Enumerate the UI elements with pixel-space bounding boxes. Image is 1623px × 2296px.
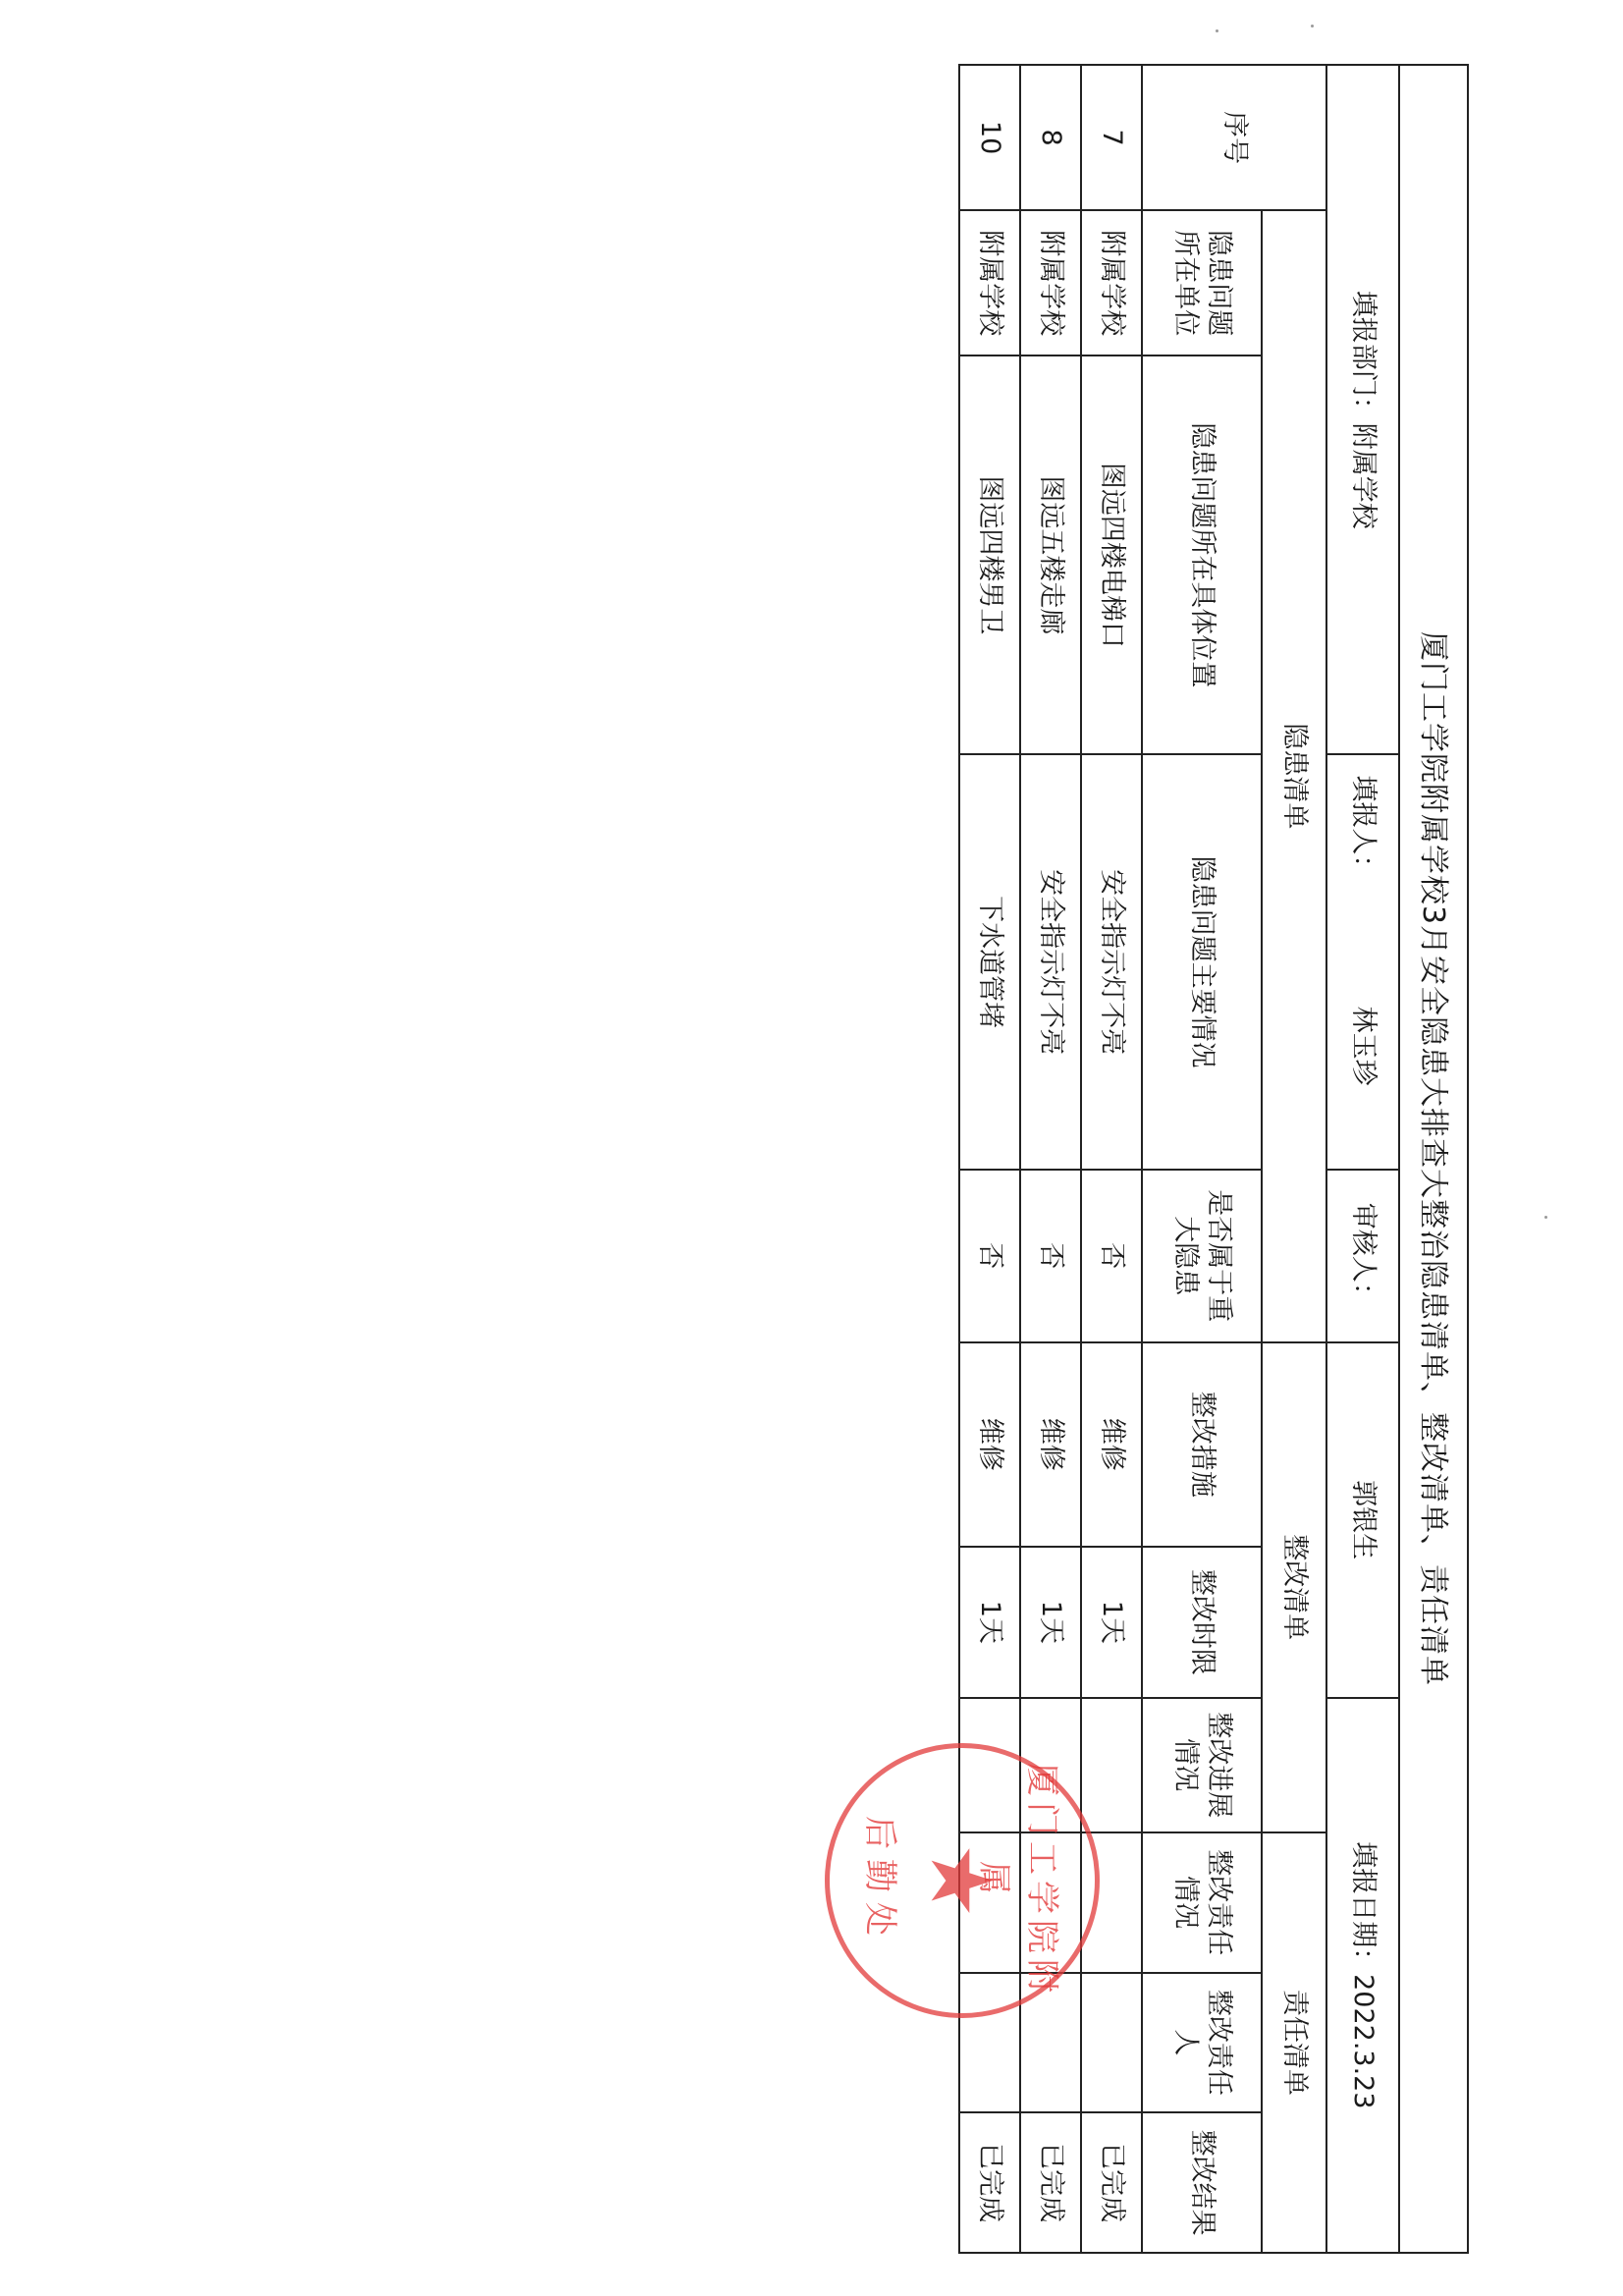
cell-result: 已完成 xyxy=(1020,2112,1081,2253)
cell-unit: 附属学校 xyxy=(1081,210,1142,355)
cell-result: 已完成 xyxy=(959,2112,1020,2253)
group-responsibility-list: 责任清单 xyxy=(1262,1832,1326,2253)
column-header-row: 隐患问题所在单位 隐患问题所在具体位置 隐患问题主要情况 是否属于重大隐患 整改… xyxy=(1142,65,1262,2253)
group-row: 序号 隐患清单 整改清单 责任清单 xyxy=(1262,65,1326,2253)
cell-major: 否 xyxy=(959,1170,1020,1342)
group-rectify-list: 整改清单 xyxy=(1262,1342,1326,1832)
cell-measure: 维修 xyxy=(1081,1342,1142,1548)
official-seal-stamp: 厦门工学院附属 ★ 后勤处 xyxy=(825,1743,1100,2018)
col-situation-header: 隐患问题主要情况 xyxy=(1142,754,1262,1170)
col-progress-header: 整改进展情况 xyxy=(1142,1698,1262,1832)
col-unit-header: 隐患问题所在单位 xyxy=(1142,210,1262,355)
cell-deadline: 1天 xyxy=(959,1547,1020,1698)
filler-name: 林玉珍 xyxy=(1348,1007,1379,1086)
col-seq-header: 序号 xyxy=(1142,65,1326,210)
col-deadline-header: 整改时限 xyxy=(1142,1547,1262,1698)
dept-label: 填报部门：附属学校 xyxy=(1326,65,1399,754)
document-title: 厦门工学院附属学校3月安全隐患大排查大整治隐患清单、整改清单、责任清单 xyxy=(1400,64,1469,2254)
cell-seq: 8 xyxy=(1020,65,1081,210)
filler-label: 填报人： xyxy=(1348,775,1379,881)
cell-situation: 安全指示灯不亮 xyxy=(1081,754,1142,1170)
cell-seq: 10 xyxy=(959,65,1020,210)
scan-speck xyxy=(1311,25,1314,27)
seal-bottom-text: 后勤处 xyxy=(859,1748,907,2013)
cell-result: 已完成 xyxy=(1081,2112,1142,2253)
seal-star-icon: ★ xyxy=(916,1748,1004,2013)
col-result-header: 整改结果 xyxy=(1142,2112,1262,2253)
col-measure-header: 整改措施 xyxy=(1142,1342,1262,1548)
cell-major: 否 xyxy=(1020,1170,1081,1342)
cell-measure: 维修 xyxy=(959,1342,1020,1548)
group-hazard-list: 隐患清单 xyxy=(1262,210,1326,1341)
cell-location: 图远四楼男卫 xyxy=(959,355,1020,754)
cell-unit: 附属学校 xyxy=(959,210,1020,355)
cell-deadline: 1天 xyxy=(1081,1547,1142,1698)
cell-situation: 下水道管堵 xyxy=(959,754,1020,1170)
cell-unit: 附属学校 xyxy=(1020,210,1081,355)
cell-resp-person xyxy=(1081,1973,1142,2113)
meta-row: 填报部门：附属学校 填报人： 林玉珍 审核人： 郭银生 填报日期：2022.3.… xyxy=(1326,65,1399,2253)
reviewer-name: 郭银生 xyxy=(1326,1342,1399,1698)
cell-measure: 维修 xyxy=(1020,1342,1081,1548)
cell-deadline: 1天 xyxy=(1020,1547,1081,1698)
scan-speck xyxy=(1216,29,1218,32)
scan-speck xyxy=(1544,1216,1547,1219)
col-location-header: 隐患问题所在具体位置 xyxy=(1142,355,1262,754)
cell-situation: 安全指示灯不亮 xyxy=(1020,754,1081,1170)
col-resp-status-header: 整改责任情况 xyxy=(1142,1832,1262,1973)
cell-major: 否 xyxy=(1081,1170,1142,1342)
cell-location: 图远五楼走廊 xyxy=(1020,355,1081,754)
cell-seq: 7 xyxy=(1081,65,1142,210)
date-label: 填报日期：2022.3.23 xyxy=(1326,1698,1399,2253)
cell-progress xyxy=(1081,1698,1142,1832)
reviewer-label: 审核人： xyxy=(1326,1170,1399,1342)
cell-location: 图远四楼电梯口 xyxy=(1081,355,1142,754)
col-major-header: 是否属于重大隐患 xyxy=(1142,1170,1262,1342)
col-resp-person-header: 整改责任人 xyxy=(1142,1973,1262,2113)
